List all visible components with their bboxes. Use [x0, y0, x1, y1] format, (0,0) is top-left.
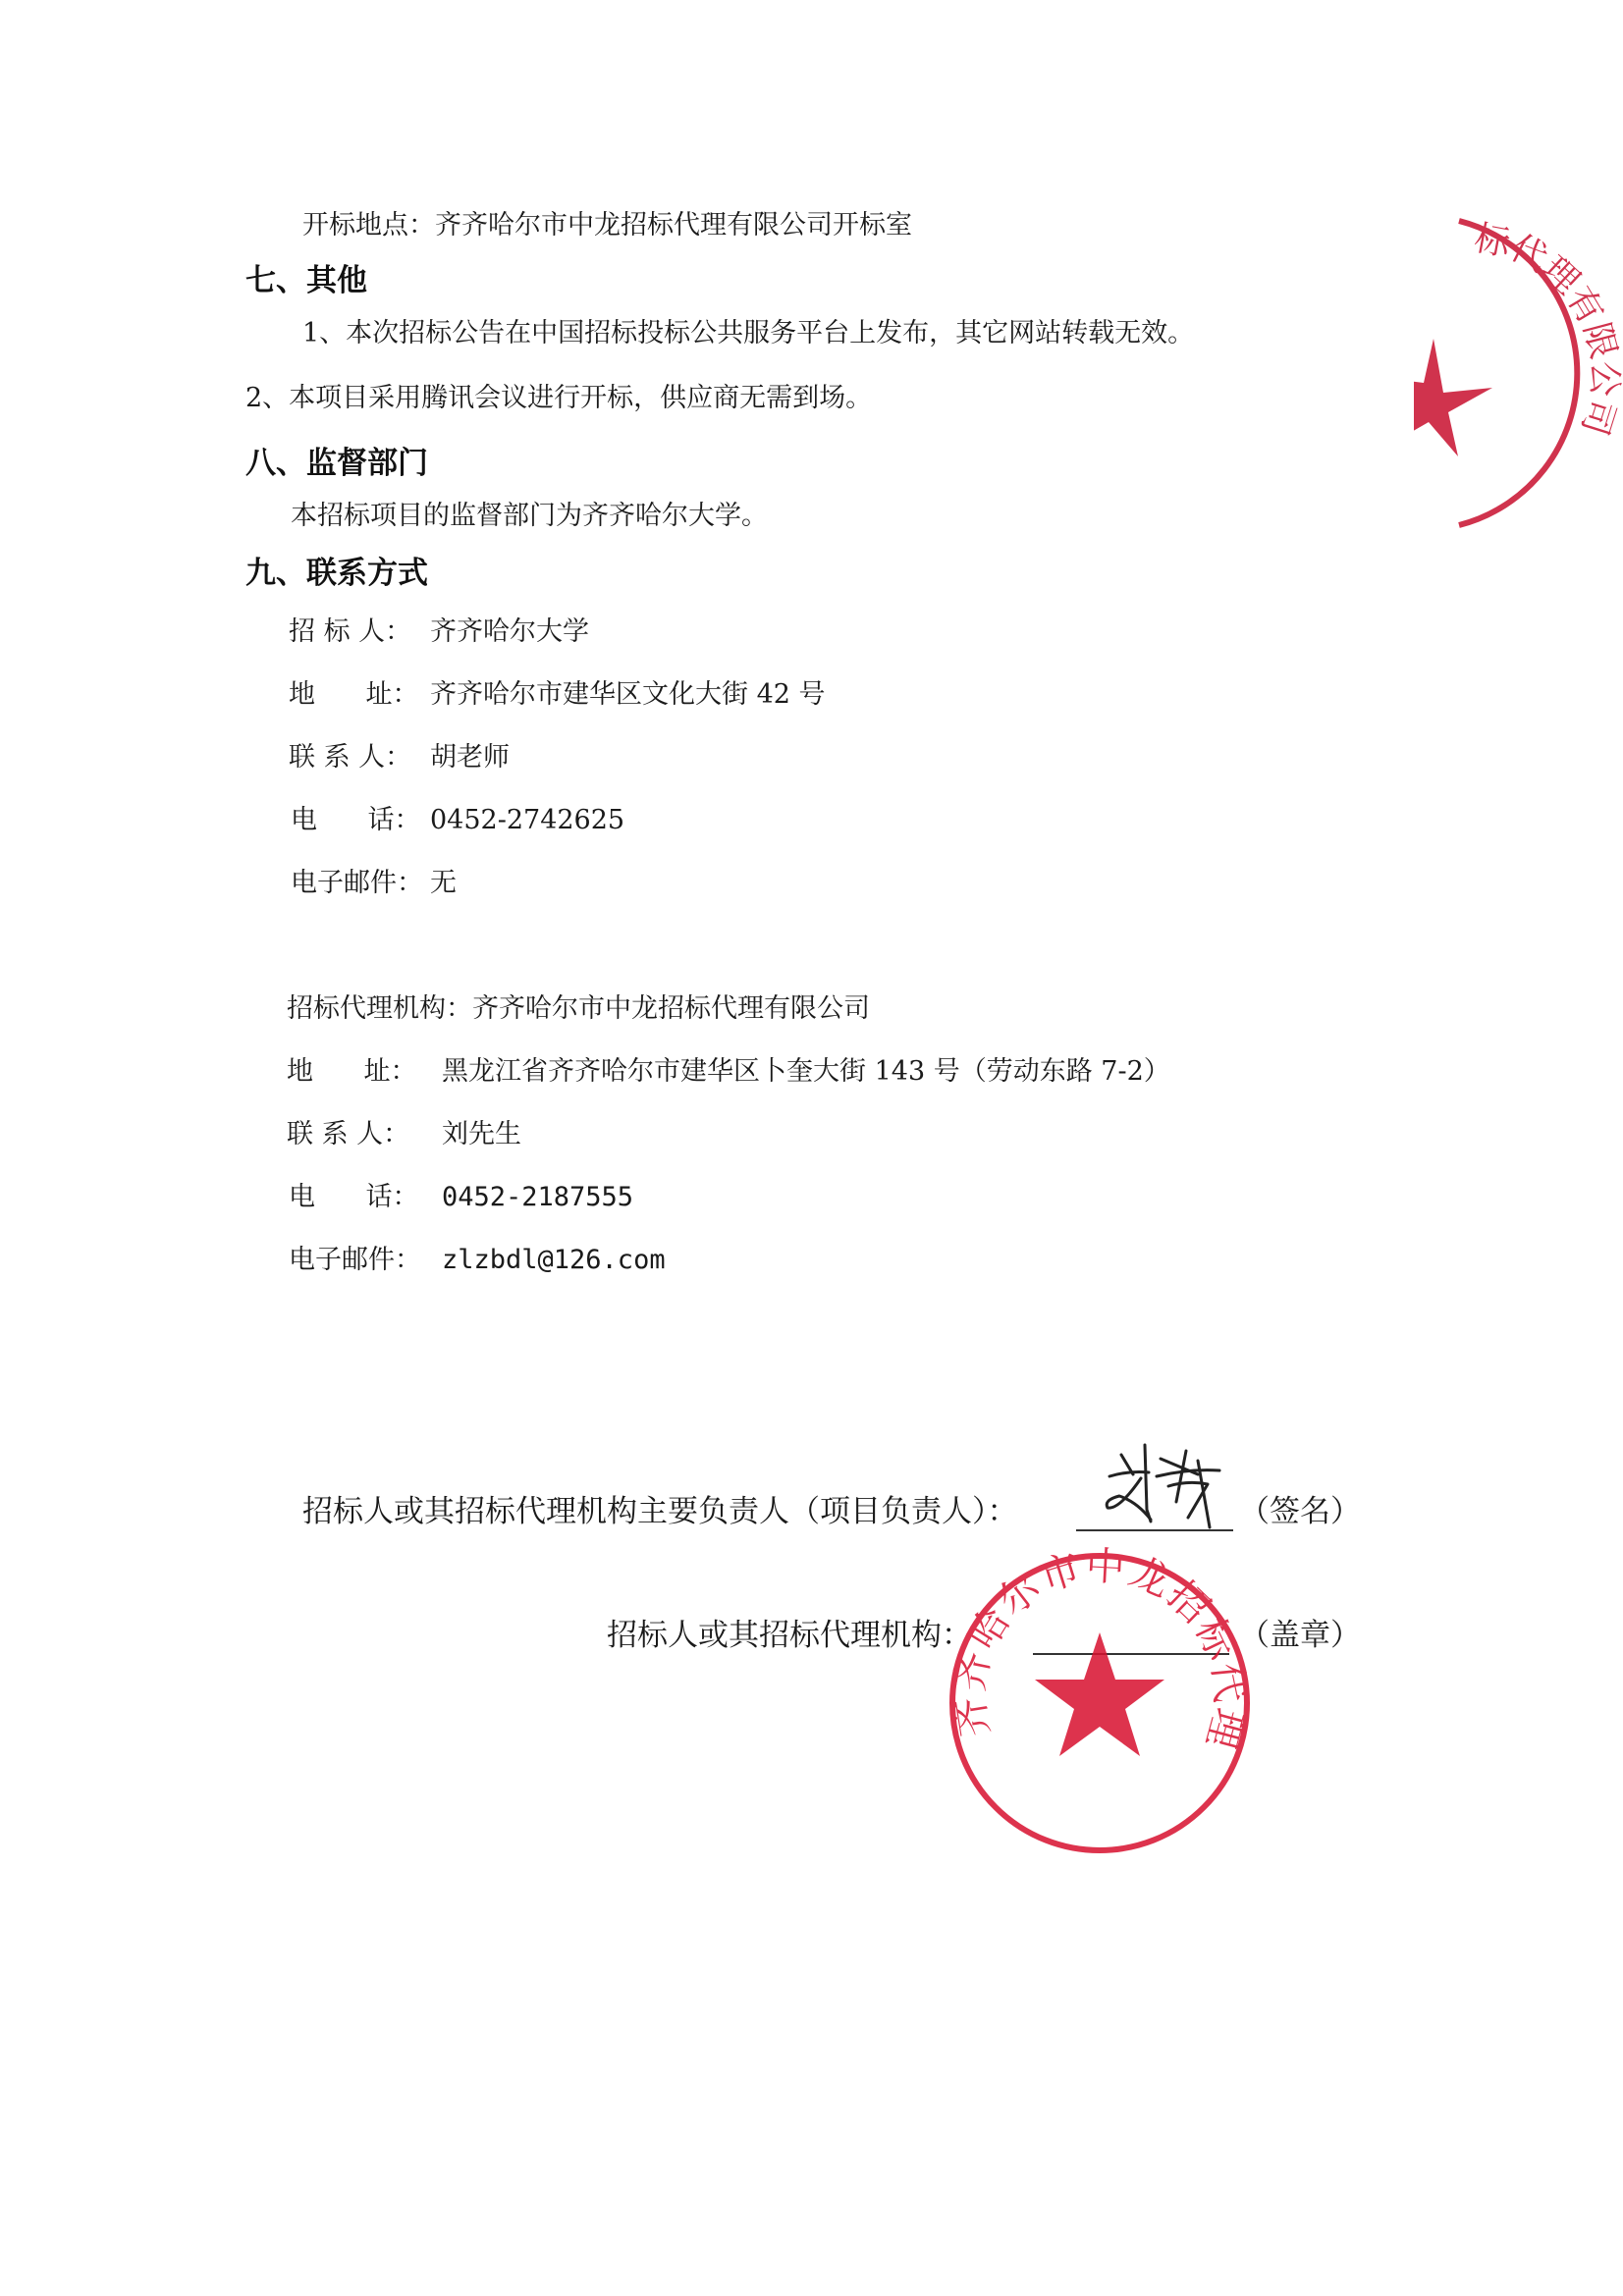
responsible-person-label: 招标人或其招标代理机构主要负责人（项目负责人）：: [302, 1494, 1018, 1529]
tenderer-address-row: 地 址：齐齐哈尔市建华区文化大街 42 号: [289, 679, 826, 711]
agency-contact-label: 联 系 人：: [287, 1119, 442, 1150]
tenderer-contact: 胡老师: [430, 742, 510, 773]
tenderer-name-label: 招 标 人：: [289, 616, 430, 648]
agency-name: 齐齐哈尔市中龙招标代理有限公司: [472, 993, 870, 1024]
agency-phone: 0452-2187555: [442, 1182, 633, 1212]
tenderer-phone: 0452-2742625: [430, 805, 624, 835]
agency-phone-row: 电 话：0452-2187555: [289, 1182, 633, 1213]
agency-name-row: 招标代理机构：齐齐哈尔市中龙招标代理有限公司: [287, 993, 870, 1025]
opening-location-label: 开标地点：: [302, 210, 435, 240]
tenderer-email-label: 电子邮件：: [291, 868, 430, 899]
opening-location-value: 齐齐哈尔市中龙招标代理有限公司开标室: [435, 210, 912, 240]
other-item-2: 2、本项目采用腾讯会议进行开标，供应商无需到场。: [245, 383, 872, 414]
tenderer-contact-row: 联 系 人：胡老师: [289, 742, 510, 774]
section-heading-supervision: 八、监督部门: [245, 446, 428, 481]
agency-address-row: 地 址：黑龙江省齐齐哈尔市建华区卜奎大街 143 号（劳动东路 7-2）: [287, 1056, 1170, 1088]
tenderer-email: 无: [430, 868, 457, 898]
opening-location: 开标地点：齐齐哈尔市中龙招标代理有限公司开标室: [302, 210, 912, 241]
tenderer-email-row: 电子邮件：无: [291, 868, 457, 899]
agency-email-label: 电子邮件：: [289, 1245, 442, 1276]
tenderer-contact-label: 联 系 人：: [289, 742, 430, 774]
agency-phone-label: 电 话：: [289, 1182, 442, 1213]
agency-contact-row: 联 系 人：刘先生: [287, 1119, 521, 1150]
tenderer-address-label: 地 址：: [289, 679, 430, 711]
tenderer-phone-label: 电 话：: [291, 805, 430, 836]
tenderer-address: 齐齐哈尔市建华区文化大街 42 号: [430, 679, 826, 710]
agency-address: 黑龙江省齐齐哈尔市建华区卜奎大街 143 号（劳动东路 7-2）: [442, 1056, 1170, 1087]
section-heading-contact: 九、联系方式: [245, 556, 428, 591]
sign-suffix: （签名）: [1239, 1494, 1361, 1529]
tenderer-name: 齐齐哈尔大学: [430, 616, 589, 647]
tenderer-name-row: 招 标 人：齐齐哈尔大学: [289, 616, 589, 648]
other-item-1: 1、本次招标公告在中国招标投标公共服务平台上发布，其它网站转载无效。: [302, 318, 1194, 349]
organization-label: 招标人或其招标代理机构：: [607, 1618, 972, 1653]
agency-email-row: 电子邮件：zlzbdl@126.com: [289, 1245, 666, 1276]
company-seal-stamp: 齐齐哈尔市中龙招标代理有限公司: [943, 1546, 1257, 1860]
svg-text:标代理有限公司: 标代理有限公司: [1472, 218, 1623, 440]
agency-email: zlzbdl@126.com: [442, 1245, 666, 1275]
partial-seal-stamp: 标代理有限公司: [1414, 211, 1623, 540]
handwritten-signature: 刘涛: [1100, 1441, 1247, 1534]
seal-suffix: （盖章）: [1239, 1618, 1361, 1653]
agency-address-label: 地 址：: [287, 1056, 442, 1088]
agency-contact: 刘先生: [442, 1119, 521, 1149]
tenderer-phone-row: 电 话：0452-2742625: [291, 805, 624, 836]
agency-name-label: 招标代理机构：: [287, 993, 472, 1024]
section-heading-other: 七、其他: [245, 263, 367, 298]
supervision-text: 本招标项目的监督部门为齐齐哈尔大学。: [291, 501, 768, 532]
